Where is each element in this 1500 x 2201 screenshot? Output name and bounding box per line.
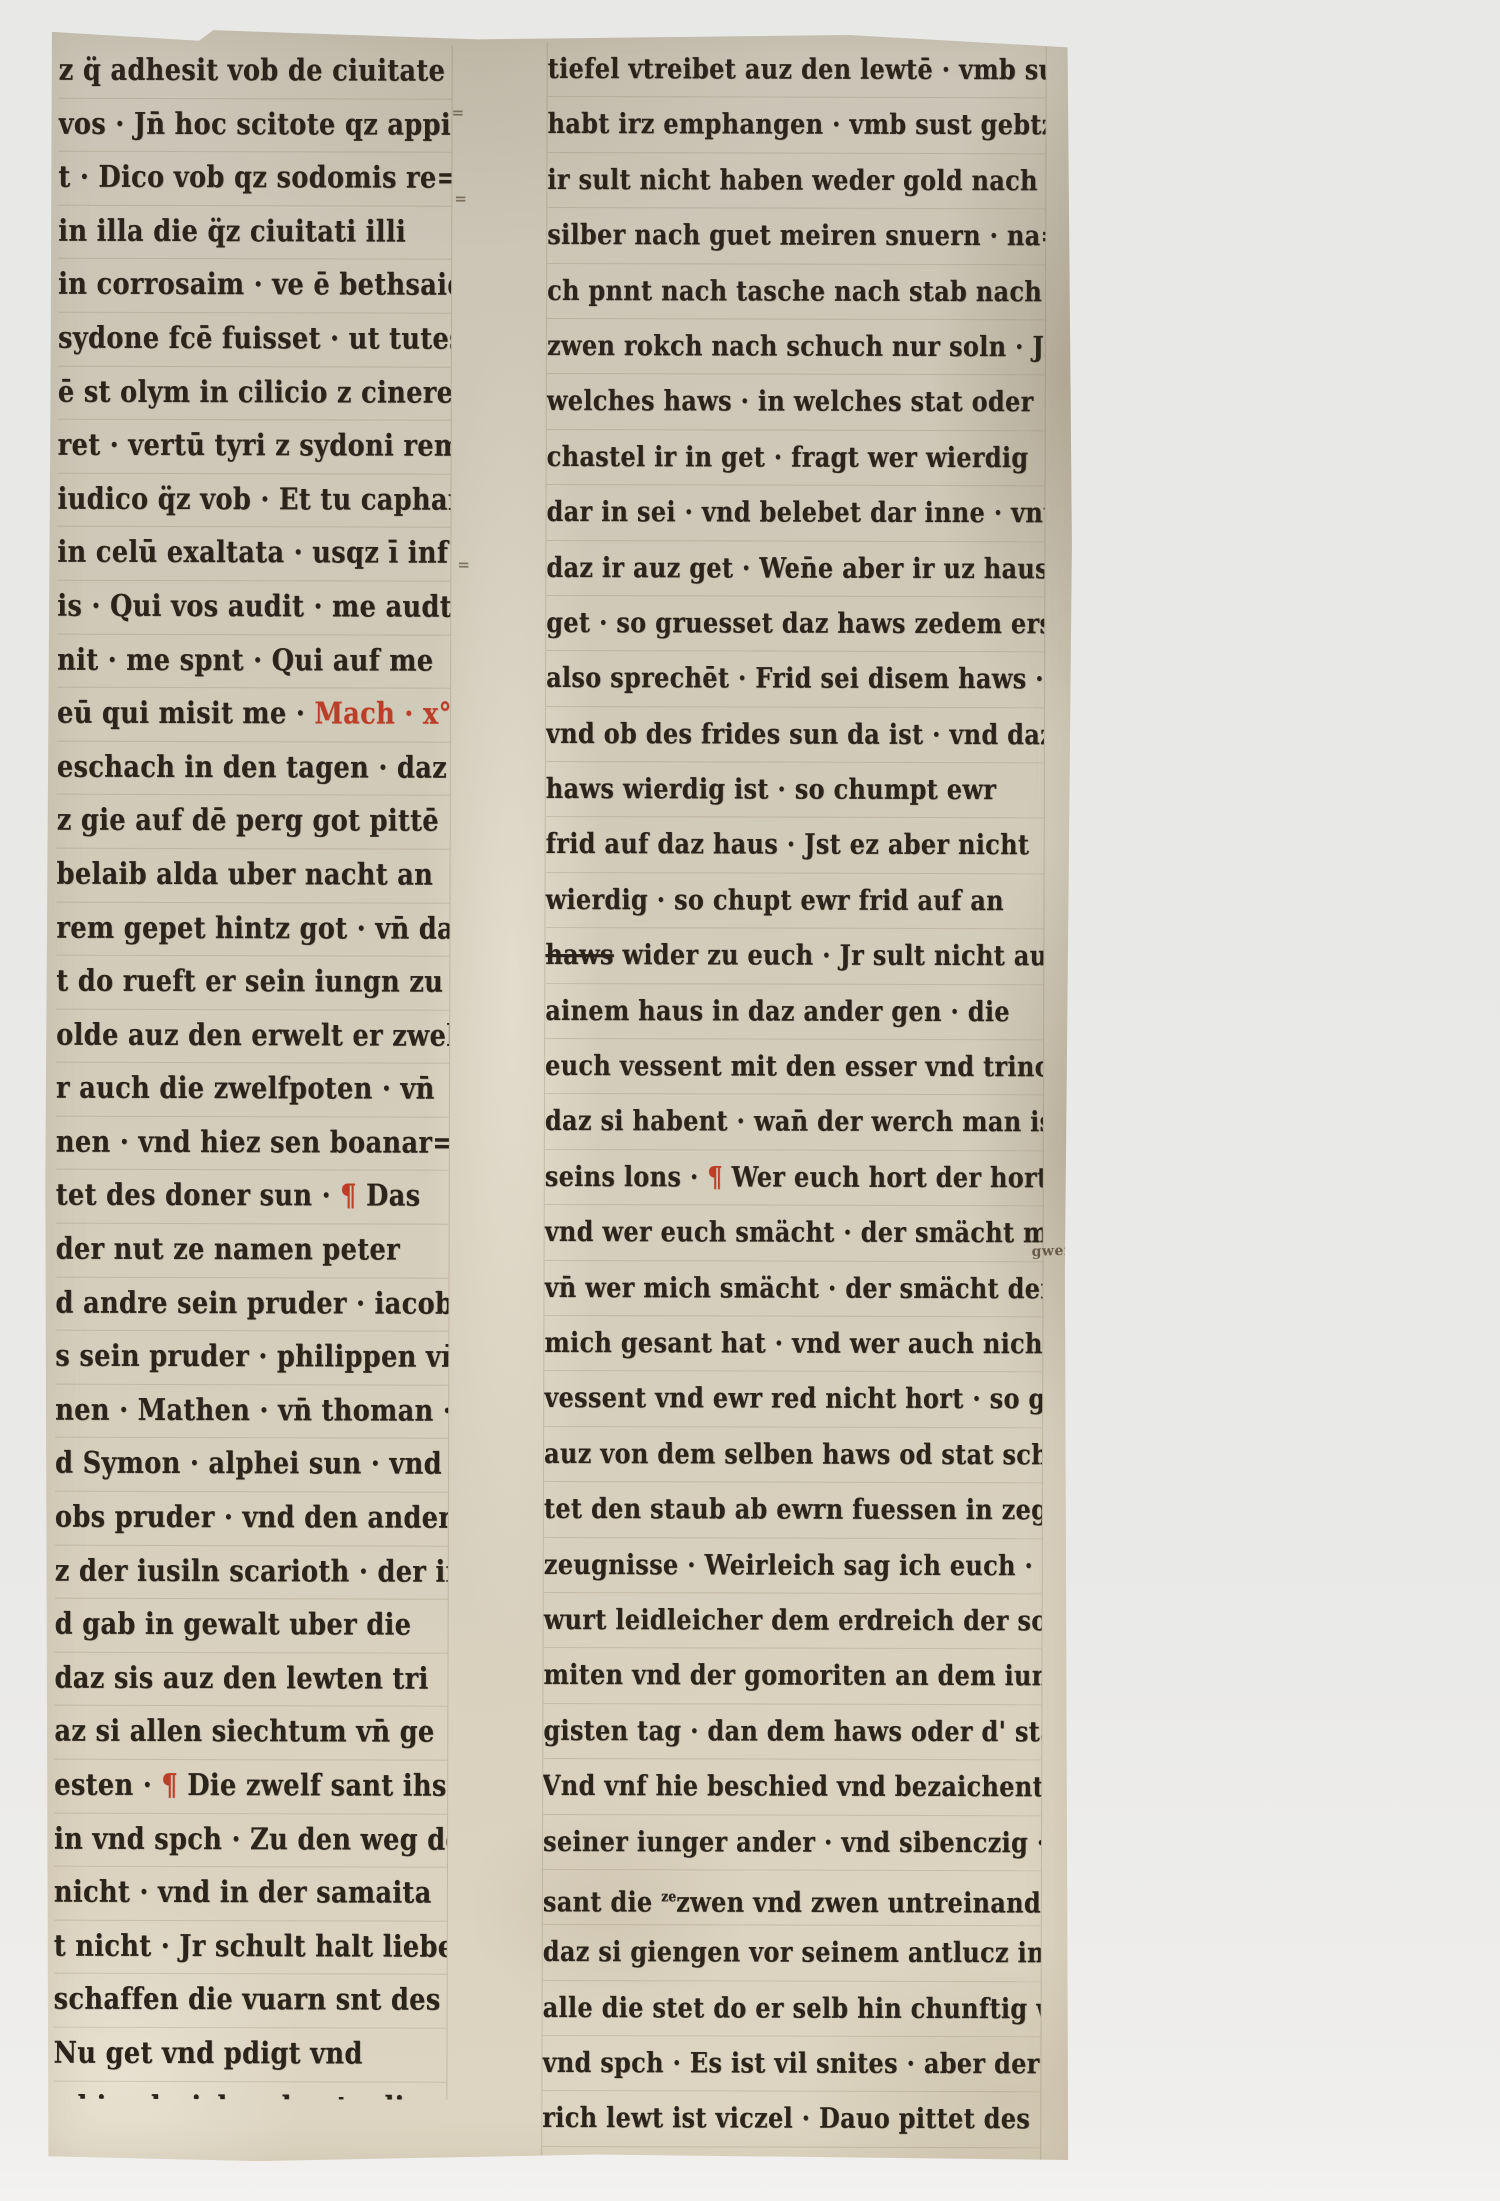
text-line-content: in celū exaltata · usqz ī inf=: [57, 527, 452, 581]
text-line-content: haws wider zu euch · Jr sult nicht auz: [545, 928, 1046, 984]
ink-segment: ir sult nicht haben weder gold nach: [547, 163, 1038, 197]
ink-segment: iudico q̈z vob · Et tu caphar: [58, 481, 453, 517]
text-line-content: alle die stet do er selb hin chunftig wa…: [543, 1981, 1047, 2037]
text-line-content: in illa die q̈z ciuitati illi: [58, 205, 406, 259]
superscript-segment: ze: [661, 1888, 676, 1905]
text-line: auz von dem selben haws od stat schut=: [544, 1427, 1042, 1484]
ink-segment: eschach in den tagen · daz ihs: [57, 749, 453, 785]
text-line: ainem haus in daz ander gen · die: [545, 984, 1043, 1041]
text-line: ¶ Vnd vnf hie beschied vnd bezaichent: [543, 1759, 1041, 1816]
text-line-content: vn̄ wer mich smächt · der smächt den · d…: [544, 1261, 1046, 1317]
text-line: silber nach guet meiren snuern · na=: [547, 208, 1045, 265]
text-line-content: haws wierdig ist · so chumpt ewr: [546, 762, 997, 818]
text-line: r auch die zwelfpoten · vn̄: [56, 1063, 449, 1118]
struck-segment: haws: [545, 938, 613, 971]
ink-segment: welches haws · in welches stat oder: [547, 384, 1034, 418]
text-line-content: ¶ Vnd vnf hie beschied vnd bezaichent: [543, 1759, 1044, 1815]
text-line: nen · vnd hiez sen boanar=: [56, 1117, 449, 1172]
text-line-content: vessent vnd ewr red nicht hort · so get: [544, 1371, 1047, 1427]
text-line-content: nen · vnd hiez sen boanar=: [56, 1117, 453, 1171]
text-line: d gab in gewalt uber die: [55, 1599, 448, 1654]
ink-segment: vos · Jn̄ hoc scitote qz appiq̄: [59, 106, 453, 142]
ink-segment: Wer euch hort der hort mich ·: [723, 1160, 1047, 1194]
text-column-left: z q̈ adhesit vob de ciuitatevos · Jn̄ ho…: [53, 45, 452, 2100]
text-line-content: daz si habent · wan̄ der werch man ist w…: [545, 1094, 1047, 1150]
ink-segment: vnd ob des frides sun da ist · vnd daz: [546, 717, 1047, 751]
text-line: is · Qui vos audit · me audt: [57, 581, 450, 636]
text-line-content: rem gepet hintz got · vn̄ da: [56, 902, 452, 956]
text-line-content: get · so gruesset daz haws zedem erstē: [546, 596, 1047, 652]
ink-segment: ē st olym in cilicio z cinere: [58, 374, 453, 410]
ink-segment: obs pruder · vnd den anden: [55, 1500, 453, 1536]
text-line-content: frid auf daz haus · Jst ez aber nicht: [546, 817, 1030, 873]
text-line-content: gisten tag · dan dem haws oder d' stat: [543, 1704, 1046, 1760]
ink-segment: sant die: [543, 1885, 661, 1918]
text-line-content: sant die zezwen vnd zwen untreinander: [543, 1870, 1047, 1931]
ink-segment: z q̈ adhesit vob de ciuitate: [59, 53, 446, 89]
text-line-content: welches haws · in welches stat oder: [547, 374, 1034, 430]
text-line: z himelreich nahent · die: [53, 2081, 446, 2099]
text-line: ē st olym in cilicio z cinere: [58, 366, 451, 421]
text-column-right: tiefel vtreibet auz den lewtē · vmb sust…: [541, 42, 1047, 2167]
text-line-content: ir sult nicht haben weder gold nach: [547, 153, 1038, 209]
text-line: daz si habent · wan̄ der werch man ist w…: [545, 1094, 1043, 1151]
text-line-content: ret · vertū tyri z sydoni remi: [58, 420, 453, 474]
text-line: eū qui misit me · Mach · x°: [57, 688, 450, 743]
text-line: seiner iunger ander · vnd sibenczig · vn…: [543, 1814, 1041, 1871]
text-line-content: wierdig · so chupt ewr frid auf an: [545, 873, 1004, 929]
text-line-content: z himelreich nahent · die: [53, 2081, 421, 2099]
ink-segment: nicht · vnd in der samaita: [54, 1875, 432, 1911]
text-line: d Symon · alphei sun · vnd: [55, 1438, 448, 1493]
text-line-content: z q̈ adhesit vob de ciuitate: [59, 45, 446, 99]
text-line: vessent vnd ewr red nicht hort · so get: [544, 1371, 1042, 1428]
ink-segment: vessent vnd ewr red nicht hort · so get: [544, 1381, 1047, 1415]
manuscript-leaf: z q̈ adhesit vob de ciuitatevos · Jn̄ ho…: [41, 29, 1075, 2166]
text-line-content: habt irz emphangen · vmb sust gebtz ·: [547, 97, 1046, 153]
text-line: sydone fcē fuisset · ut tutes: [58, 313, 451, 368]
text-line: iudico q̈z vob · Et tu caphar: [57, 473, 450, 528]
text-line: also sprechēt · Frid sei disem haws ·: [546, 651, 1044, 708]
text-line: schaffen die vuarn snt des: [54, 1974, 447, 2029]
text-line-content: d Symon · alphei sun · vnd: [55, 1438, 442, 1492]
text-line-content: zwen rokch nach schuch nur soln · Jn: [547, 319, 1047, 375]
text-line: z der iusiln scarioth · der in: [55, 1545, 448, 1600]
text-line: sant die zezwen vnd zwen untreinander: [543, 1870, 1041, 1927]
ink-segment: belaib alda uber nacht an: [57, 857, 434, 893]
ink-segment: alle die stet do er selb hin chunftig wa…: [543, 1991, 1047, 2025]
text-line-content: vnd ob des frides sun da ist · vnd daz: [546, 707, 1047, 763]
text-line: Nu get vnd pdigt vnd: [53, 2028, 446, 2083]
ink-segment: tiefel vtreibet auz den lewtē · vmb sust: [548, 52, 1047, 86]
text-line-content: snites hirn daz er werchlewt sentet: [542, 2147, 1026, 2167]
text-line: nicht · vnd in der samaita: [54, 1867, 447, 1922]
ink-segment: Nu get vnd pdigt vnd: [53, 2036, 362, 2072]
text-line: ir sult nicht haben weder gold nach: [547, 153, 1045, 210]
text-line: daz ir auz get · Wen̄e aber ir uz haus: [546, 540, 1044, 597]
ink-segment: schaffen die vuarn snt des: [54, 1982, 441, 2018]
text-line-content: der nut ze namen peter: [56, 1224, 401, 1277]
ink-segment: in celū exaltata · usqz ī inf=: [57, 535, 452, 571]
text-line-content: t do rueft er sein iungn zu: [56, 956, 443, 1010]
text-line-content: vos · Jn̄ hoc scitote qz appiq̄: [58, 98, 452, 152]
text-line-content: t nicht · Jr schult halt lieber: [54, 1920, 453, 1974]
ink-segment: is · Qui vos audit · me audt: [57, 589, 452, 625]
text-line-content: euch vessent mit den esser vnd trincket: [545, 1039, 1047, 1095]
text-line-content: in vnd spch · Zu den weg der: [54, 1813, 453, 1867]
text-line-content: daz sis auz den lewten tri: [54, 1652, 428, 1706]
margin-mark: =: [452, 104, 465, 122]
margin-marks-layer: ===: [47, 29, 1075, 32]
ink-segment: frid auf daz haus · Jst ez aber nicht: [546, 827, 1030, 861]
text-line: belaib alda uber nacht an: [57, 849, 450, 904]
text-line-content: ch pnnt nach tasche nach stab nach: [547, 264, 1042, 320]
text-line-content: rich lewt ist viczel · Dauo pittet des: [542, 2091, 1030, 2147]
ink-segment: wider zu euch · Jr sult nicht auz: [614, 938, 1047, 972]
text-line-content: olde auz den erwelt er zwelf: [56, 1009, 453, 1063]
text-line: der nut ze namen peter: [56, 1224, 449, 1279]
ink-segment: also sprechēt · Frid sei disem haws ·: [546, 661, 1044, 695]
text-line-content: vnd wer euch smächt · der smächt mich ·: [545, 1205, 1047, 1261]
rubric-segment: ¶: [340, 1179, 357, 1214]
text-line-content: az si allen siechtum vn̄ ge: [54, 1706, 434, 1760]
text-line: chastel ir in get · fragt wer wierdig: [547, 430, 1045, 487]
text-line-content: seiner iunger ander · vnd sibenczig · vn…: [543, 1814, 1047, 1870]
text-line: welches haws · in welches stat oder: [547, 374, 1045, 431]
text-line: vnd ob des frides sun da ist · vnd daz: [546, 707, 1044, 764]
ink-segment: miten vnd der gomoriten an dem iun=: [543, 1658, 1046, 1692]
text-line-content: s sein pruder · philippen vn̄: [55, 1331, 453, 1385]
ink-segment: t · Dico vob qz sodomis re=: [58, 160, 452, 196]
text-line: snites hirn daz er werchlewt sentet: [542, 2147, 1040, 2167]
margin-mark: =: [457, 556, 470, 574]
text-line-content: obs pruder · vnd den anden: [55, 1492, 453, 1546]
text-line: in celū exaltata · usqz ī inf=: [57, 527, 450, 582]
ink-segment: tet des doner sun ·: [56, 1178, 340, 1214]
text-line-content: ainem haus in daz ander gen · die: [545, 984, 1010, 1040]
text-line: haws wierdig ist · so chumpt ewr: [546, 762, 1044, 819]
ink-segment: Die zwelf sant ihs: [178, 1768, 447, 1804]
ink-segment: get · so gruesset daz haws zedem erstē: [546, 606, 1047, 640]
text-line: obs pruder · vnd den anden: [55, 1492, 448, 1547]
text-line-content: tiefel vtreibet auz den lewtē · vmb sust: [548, 42, 1047, 98]
ink-segment: seiner iunger ander · vnd sibenczig · vn…: [543, 1824, 1047, 1858]
text-line: nen · Mathen · vn̄ thoman ·: [55, 1385, 448, 1440]
text-line-content: r auch die zwelfpoten · vn̄: [56, 1063, 435, 1117]
ink-segment: mich gesant hat · vnd wer auch nicht: [544, 1326, 1046, 1360]
ink-segment: ch pnnt nach tasche nach stab nach: [547, 274, 1042, 308]
text-line: s sein pruder · philippen vn̄: [55, 1331, 448, 1386]
photo-backdrop: z q̈ adhesit vob de ciuitatevos · Jn̄ ho…: [0, 0, 1500, 2201]
ink-segment: dar in sei · vnd belebet dar inne · vntz: [546, 495, 1046, 529]
ink-segment: in vnd spch · Zu den weg der: [54, 1821, 453, 1857]
ink-segment: nen · vnd hiez sen boanar=: [56, 1125, 453, 1161]
text-line: d andre sein pruder · iacoben: [55, 1277, 448, 1332]
ink-segment: daz si giengen vor seinem antlucz in: [543, 1935, 1045, 1969]
ink-segment: olde auz den erwelt er zwelf: [56, 1017, 453, 1053]
text-line: vn̄ wer mich smächt · der smächt den · d…: [544, 1261, 1042, 1318]
text-line: rich lewt ist viczel · Dauo pittet des: [542, 2091, 1040, 2148]
ink-segment: s sein pruder · philippen vn̄: [55, 1339, 452, 1375]
ink-segment: ainem haus in daz ander gen · die: [545, 994, 1010, 1028]
text-line-content: z der iusiln scarioth · der in: [55, 1545, 453, 1599]
text-line: frid auf daz haus · Jst ez aber nicht: [546, 817, 1044, 874]
ink-segment: zwen vnd zwen untreinander: [676, 1886, 1047, 1920]
text-line: gisten tag · dan dem haws oder d' stat: [543, 1704, 1041, 1761]
ink-segment: vn̄ wer mich smächt · der smächt den · d…: [544, 1271, 1046, 1306]
text-line: wierdig · so chupt ewr frid auf an: [545, 873, 1043, 930]
text-line-content: vnd spch · Es ist vil snites · aber der …: [542, 2036, 1046, 2092]
text-line: olde auz den erwelt er zwelf: [56, 1009, 449, 1064]
ink-segment: rich lewt ist viczel · Dauo pittet des: [542, 2101, 1030, 2135]
text-line-content: daz si giengen vor seinem antlucz in: [543, 1925, 1045, 1981]
text-line-content: belaib alda uber nacht an: [57, 849, 434, 903]
ink-segment: snites hirn daz er werchlewt sentet: [542, 2157, 1026, 2167]
text-line: ret · vertū tyri z sydoni remi: [58, 420, 451, 475]
text-line-content: zeugnisse · Weirleich sag ich euch · Es: [544, 1538, 1047, 1594]
text-line-content: daz ir auz get · Wen̄e aber ir uz haus: [546, 540, 1046, 596]
ink-segment: tet den staub ab ewrn fuessen in zege=: [544, 1492, 1047, 1526]
ink-segment: daz si habent · wan̄ der werch man ist w…: [545, 1104, 1047, 1138]
ink-segment: haws wierdig ist · so chumpt ewr: [546, 772, 997, 806]
ink-segment: vnd spch · Es ist vil snites · aber der …: [542, 2046, 1046, 2080]
ink-segment: zeugnisse · Weirleich sag ich euch · Es: [544, 1548, 1047, 1582]
text-line: tet des doner sun · ¶ Das: [56, 1170, 449, 1225]
ink-segment: z himelreich nahent · die: [53, 2089, 421, 2099]
text-line-content: z gie auf dē perg got pittē: [57, 795, 439, 849]
text-line: euch vessent mit den esser vnd trincket: [545, 1039, 1043, 1096]
text-line: in corrosaim · ve ē bethsaida ·: [58, 259, 451, 314]
text-line: vnd wer euch smächt · der smächt mich ·: [545, 1205, 1043, 1262]
ink-segment: der nut ze namen peter: [56, 1232, 400, 1268]
text-line-content: d gab in gewalt uber die: [55, 1599, 412, 1653]
text-line-content: schaffen die vuarn snt des: [54, 1974, 441, 2028]
ink-segment: esten ·: [54, 1768, 161, 1803]
text-line: z gie auf dē perg got pittē: [57, 795, 450, 850]
ink-segment: vnd wer euch smächt · der smächt mich ·: [545, 1215, 1047, 1249]
text-line-content: silber nach guet meiren snuern · na=: [547, 208, 1047, 264]
ink-segment: eū qui misit me ·: [57, 696, 314, 732]
text-line-content: in corrosaim · ve ē bethsaida ·: [58, 259, 453, 313]
text-line: alle die stet do er selb hin chunftig wa…: [543, 1981, 1041, 2038]
text-line-content: is · Qui vos audit · me audt: [57, 581, 452, 635]
text-line-content: wurt leidleicher dem erdreich der sodo=: [544, 1593, 1047, 1649]
text-line-content: also sprechēt · Frid sei disem haws ·: [546, 651, 1044, 707]
ink-segment: r auch die zwelfpoten · vn̄: [56, 1071, 435, 1107]
text-line-content: iudico q̈z vob · Et tu caphar: [57, 473, 452, 527]
rubric-segment: ¶: [161, 1768, 178, 1803]
text-line: daz si giengen vor seinem antlucz in: [543, 1925, 1041, 1982]
ink-segment: daz ir auz get · Wen̄e aber ir uz haus: [546, 550, 1046, 584]
ink-segment: d andre sein pruder · iacoben: [55, 1285, 452, 1321]
text-line: mich gesant hat · vnd wer auch nicht: [544, 1316, 1042, 1373]
text-line-content: nit · me spnt · Qui auf me: [57, 634, 433, 688]
text-line: nit · me spnt · Qui auf me: [57, 634, 450, 689]
ink-segment: in illa die q̈z ciuitati illi: [58, 213, 406, 249]
text-line: in illa die q̈z ciuitati illi: [58, 205, 451, 260]
ink-segment: z der iusiln scarioth · der in: [55, 1553, 453, 1589]
ink-segment: auz von dem selben haws od stat schut=: [544, 1437, 1047, 1471]
ink-segment: rem gepet hintz got · vn̄ da: [56, 910, 452, 946]
text-line-content: d andre sein pruder · iacoben: [55, 1277, 452, 1331]
text-line-content: tet den staub ab ewrn fuessen in zege=: [544, 1482, 1047, 1538]
text-line: t · Dico vob qz sodomis re=: [58, 152, 451, 207]
text-line: ch pnnt nach tasche nach stab nach: [547, 264, 1045, 321]
margin-mark: =: [454, 190, 467, 208]
ink-segment: wurt leidleicher dem erdreich der sodo=: [544, 1603, 1047, 1637]
ink-segment: habt irz emphangen · vmb sust gebtz ·: [548, 107, 1047, 141]
ink-segment: euch vessent mit den esser vnd trincket: [545, 1049, 1047, 1083]
ink-segment: silber nach guet meiren snuern · na=: [547, 218, 1047, 252]
text-line-content: eū qui misit me · Mach · x°: [57, 688, 452, 742]
text-line: zwen rokch nach schuch nur soln · Jn: [547, 319, 1045, 376]
ink-segment: wierdig · so chupt ewr frid auf an: [545, 883, 1003, 917]
text-line: get · so gruesset daz haws zedem erstē: [546, 596, 1044, 653]
text-line-content: nicht · vnd in der samaita: [54, 1867, 432, 1921]
text-line: in vnd spch · Zu den weg der: [54, 1813, 447, 1868]
text-line: dar in sei · vnd belebet dar inne · vntz: [546, 485, 1044, 542]
text-line-content: ē st olym in cilicio z cinere: [58, 366, 453, 420]
text-line-content: chastel ir in get · fragt wer wierdig: [547, 430, 1029, 486]
text-line-content: dar in sei · vnd belebet dar inne · vntz: [546, 485, 1046, 541]
text-line-content: miten vnd der gomoriten an dem iun=: [543, 1648, 1046, 1704]
text-line: tiefel vtreibet auz den lewtē · vmb sust: [548, 42, 1046, 99]
ink-segment: sydone fcē fuisset · ut tutes: [58, 321, 453, 357]
text-line: zeugnisse · Weirleich sag ich euch · Es: [544, 1538, 1042, 1595]
text-line: eschach in den tagen · daz ihs: [57, 741, 450, 796]
text-line-content: auz von dem selben haws od stat schut=: [544, 1427, 1047, 1483]
text-line: miten vnd der gomoriten an dem iun=: [543, 1648, 1041, 1705]
text-line: vos · Jn̄ hoc scitote qz appiq̄: [58, 98, 451, 153]
text-line-content: esten · ¶ Die zwelf sant ihs: [54, 1760, 447, 1814]
ink-segment: d gab in gewalt uber die: [55, 1607, 412, 1643]
ink-segment: Das: [357, 1179, 421, 1214]
text-line: seins lons · ¶ Wer euch hort der hort mi…: [545, 1150, 1043, 1207]
text-line-content: tet des doner sun · ¶ Das: [56, 1170, 421, 1224]
ink-segment: nen · Mathen · vn̄ thoman ·: [55, 1393, 452, 1429]
text-line: esten · ¶ Die zwelf sant ihs: [54, 1760, 447, 1815]
text-line: tet den staub ab ewrn fuessen in zege=: [544, 1482, 1042, 1539]
text-line-content: mich gesant hat · vnd wer auch nicht: [544, 1316, 1046, 1372]
ink-segment: in corrosaim · ve ē bethsaida ·: [58, 267, 453, 303]
ink-segment: z gie auf dē perg got pittē: [57, 803, 439, 839]
text-line-content: Nu get vnd pdigt vnd: [53, 2028, 362, 2081]
text-line-content: t · Dico vob qz sodomis re=: [58, 152, 452, 206]
ink-segment: d Symon · alphei sun · vnd: [55, 1446, 442, 1482]
text-line-content: eschach in den tagen · daz ihs: [57, 741, 453, 795]
text-line: daz sis auz den lewten tri: [54, 1652, 447, 1707]
rubric-segment: Mach · x°: [314, 696, 451, 731]
text-line: z q̈ adhesit vob de ciuitate: [59, 45, 452, 100]
ink-segment: Vnd vnf hie beschied vnd bezaichent: [541, 1769, 1044, 1803]
text-line-content: sydone fcē fuisset · ut tutes: [58, 313, 453, 367]
ink-segment: zwen rokch nach schuch nur soln · Jn: [547, 329, 1047, 363]
text-line: wurt leidleicher dem erdreich der sodo=: [544, 1593, 1042, 1650]
ink-segment: daz sis auz den lewten tri: [54, 1660, 428, 1696]
text-line-content: nen · Mathen · vn̄ thoman ·: [55, 1385, 452, 1439]
text-line: t do rueft er sein iungn zu: [56, 956, 449, 1011]
text-line: haws wider zu euch · Jr sult nicht auz: [545, 928, 1043, 985]
text-line: t nicht · Jr schult halt lieber: [54, 1920, 447, 1975]
text-line: habt irz emphangen · vmb sust gebtz ·: [547, 97, 1045, 154]
text-line: az si allen siechtum vn̄ ge: [54, 1706, 447, 1761]
ink-segment: t nicht · Jr schult halt lieber: [54, 1928, 453, 1964]
ink-segment: ret · vertū tyri z sydoni remi: [58, 428, 453, 464]
ink-segment: chastel ir in get · fragt wer wierdig: [547, 440, 1029, 474]
ink-segment: az si allen siechtum vn̄ ge: [54, 1714, 434, 1750]
ink-segment: t do rueft er sein iungn zu: [56, 964, 443, 1000]
ink-segment: gisten tag · dan dem haws oder d' stat: [543, 1714, 1046, 1748]
marginal-note: gwen: [1031, 1243, 1074, 1260]
rubric-segment: ¶: [707, 1160, 723, 1193]
ink-segment: nit · me spnt · Qui auf me: [57, 642, 433, 678]
text-line-content: seins lons · ¶ Wer euch hort der hort mi…: [545, 1150, 1047, 1206]
text-line: vnd spch · Es ist vil snites · aber der …: [542, 2036, 1040, 2093]
text-line: rem gepet hintz got · vn̄ da: [56, 902, 449, 957]
ink-segment: seins lons ·: [545, 1160, 708, 1193]
